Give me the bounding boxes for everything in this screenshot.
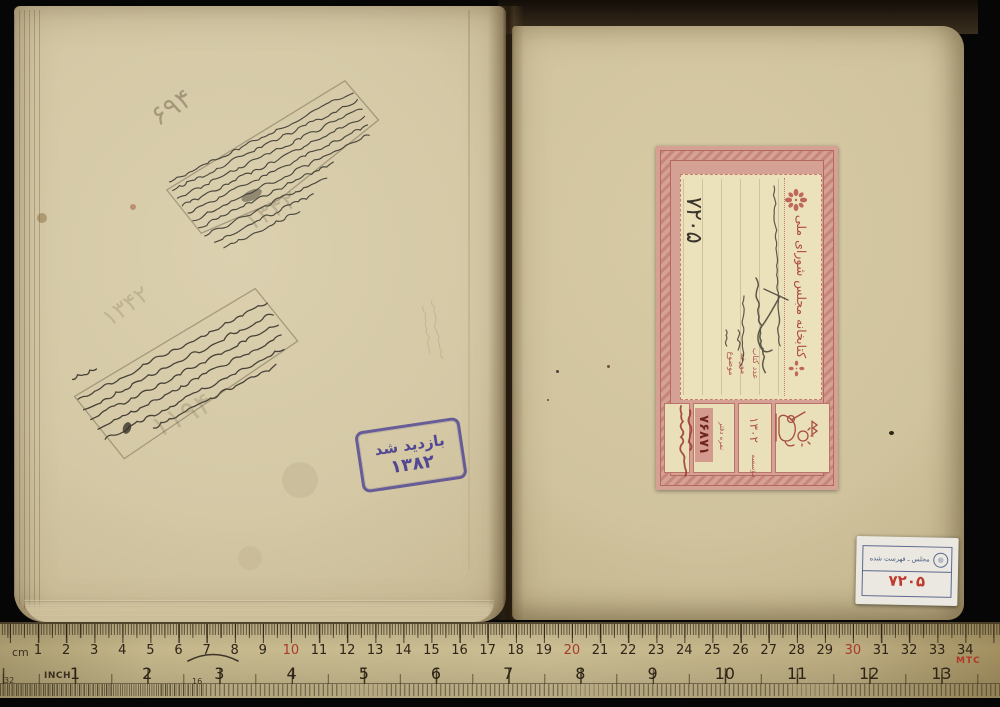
cm-number: 3 (90, 643, 98, 658)
sticker-note: مجلس ـ فهرست شده (866, 554, 933, 563)
cm-number: 6 (174, 643, 182, 658)
cm-number: 2 (62, 643, 70, 658)
cm-ticks (0, 624, 1000, 643)
cm-number: 21 (592, 643, 609, 658)
ruler-brand: MTC (956, 656, 981, 666)
stain (37, 213, 47, 223)
cm-number: 26 (732, 643, 749, 658)
book-gutter-shadow (488, 6, 524, 620)
sticker-seal-icon (933, 552, 948, 567)
cm-number-row: 1234567891011121314151617181920212223242… (0, 643, 1000, 659)
manuscript-photo: ۶۹۴ ۱۳۴۲ ۱۳۴۲ ۱۱۹۴ بازدید شد ۱۳۸۲ (0, 0, 1000, 707)
cm-number: 27 (760, 643, 777, 658)
left-page: ۶۹۴ ۱۳۴۲ ۱۳۴۲ ۱۱۹۴ بازدید شد ۱۳۸۲ (14, 6, 506, 622)
cm-number: 16 (451, 643, 468, 658)
catalog-sticker: مجلس ـ فهرست شده ۷۲۰۵ (855, 536, 958, 606)
cm-number: 33 (929, 643, 946, 658)
cm-number: 29 (817, 643, 834, 658)
speck (556, 370, 559, 373)
cm-number: 9 (259, 643, 267, 658)
cm-number: 23 (648, 643, 665, 658)
cm-number: 15 (423, 643, 440, 658)
cm-number: 28 (788, 643, 805, 658)
cm-number: 30 (845, 643, 862, 658)
cm-number: 4 (118, 643, 126, 658)
pen-arc-mark (186, 648, 240, 664)
cm-unit-label: cm (12, 646, 29, 659)
wormhole (889, 431, 894, 435)
cm-number: 32 (901, 643, 918, 658)
right-page: کتابخانه مجلس شورای ملی ۷۲۰۵ عدد کتاب مو… (512, 26, 964, 620)
cm-number: 10 (283, 643, 300, 658)
bookplate-handwriting (656, 146, 838, 490)
speck (547, 399, 549, 401)
library-bookplate: کتابخانه مجلس شورای ملی ۷۲۰۵ عدد کتاب مو… (656, 146, 838, 490)
cm-number: 5 (146, 643, 154, 658)
cm-number: 22 (620, 643, 637, 658)
cm-number: 13 (367, 643, 384, 658)
thirtysecond-ticks (0, 684, 205, 696)
cm-number: 12 (339, 643, 356, 658)
sticker-number: ۷۲۰۵ (863, 569, 951, 593)
sticker-frame: مجلس ـ فهرست شده ۷۲۰۵ (861, 545, 952, 598)
cm-number: 18 (507, 643, 524, 658)
cm-number: 20 (564, 643, 581, 658)
cm-number: 14 (395, 643, 412, 658)
cm-number: 24 (676, 643, 693, 658)
cm-number: 19 (536, 643, 553, 658)
cm-number: 25 (704, 643, 721, 658)
cm-number: 1 (34, 643, 42, 658)
handwriting-ink-layer (14, 6, 506, 622)
speck (607, 365, 610, 368)
cm-number: 17 (479, 643, 496, 658)
measuring-ruler: 1234567891011121314151617181920212223242… (0, 622, 1000, 698)
cm-number: 31 (873, 643, 890, 658)
cm-number: 11 (311, 643, 328, 658)
